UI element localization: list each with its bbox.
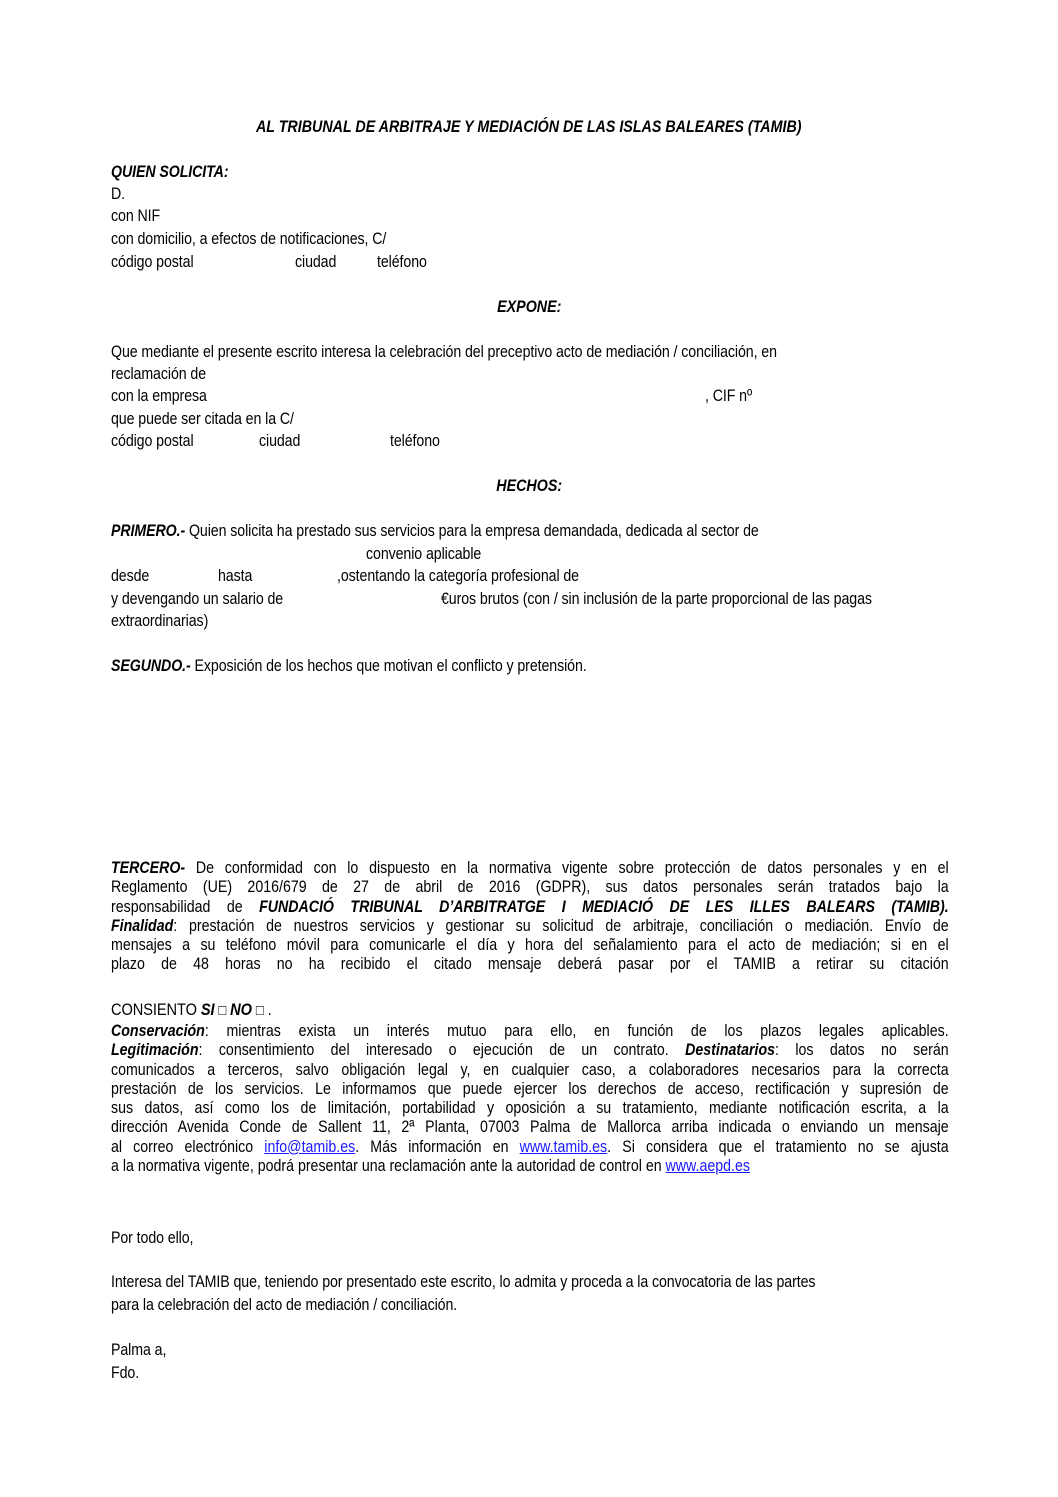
salario-label: y devengando un salario de [111, 589, 283, 609]
tercero-paragraph: TERCERO- De conformidad con lo dispuesto… [111, 859, 949, 975]
destinatarios-label: Destinatarios [685, 1041, 775, 1059]
proteccion-line: al correo electrónico info@tamib.es. Más… [111, 1138, 949, 1157]
hasta-label: hasta [218, 566, 252, 586]
segundo-label: SEGUNDO.- [111, 657, 191, 675]
aepd-link[interactable]: www.aepd.es [666, 1157, 750, 1175]
primero-paragraph-line-1: PRIMERO.- Quien solicita ha prestado sus… [111, 521, 759, 541]
tercero-line: TERCERO- De conformidad con lo dispuesto… [111, 859, 949, 878]
segundo-paragraph: SEGUNDO.- Exposición de los hechos que m… [111, 656, 587, 676]
primero-text: Quien solicita ha prestado sus servicios… [185, 522, 759, 540]
proteccion-datos-paragraph: Conservación: mientras exista un interés… [111, 1022, 949, 1176]
proteccion-line: comunicados a terceros, salvo obligación… [111, 1061, 949, 1080]
empresa-label: con la empresa [111, 386, 207, 406]
expone-line-2: reclamación de [111, 364, 206, 384]
tercero-line: responsabilidad de FUNDACIÓ TRIBUNAL D’A… [111, 898, 949, 917]
tamib-web-link[interactable]: www.tamib.es [520, 1138, 608, 1156]
si-label: SI [201, 1000, 215, 1019]
proteccion-line: sus datos, así como los de limitación, p… [111, 1099, 949, 1118]
interesa-line-1: Interesa del TAMIB que, teniendo por pre… [111, 1272, 815, 1292]
expone-line-1: Que mediante el presente escrito interes… [111, 342, 777, 362]
empresa-ciudad-label: ciudad [259, 431, 300, 451]
solicitante-telefono-label: teléfono [377, 252, 427, 272]
legitimacion-label: Legitimación [111, 1041, 199, 1059]
empresa-direccion-label: que puede ser citada en la C/ [111, 409, 294, 429]
finalidad-label: Finalidad [111, 917, 173, 935]
desde-label: desde [111, 566, 149, 586]
tercero-line: plazo de 48 horas no ha recibido el cita… [111, 955, 949, 974]
segundo-text: Exposición de los hechos que motivan el … [191, 657, 587, 675]
email-link[interactable]: info@tamib.es [264, 1138, 355, 1156]
solicitante-codigo-postal-label: código postal [111, 252, 194, 272]
interesa-line-2: para la celebración del acto de mediació… [111, 1295, 457, 1315]
expone-heading: EXPONE: [0, 297, 1058, 317]
empresa-telefono-label: teléfono [390, 431, 440, 451]
consiento-label: CONSIENTO [111, 1000, 201, 1019]
tercero-line: Finalidad: prestación de nuestros servic… [111, 917, 949, 936]
no-label: NO [230, 1000, 252, 1019]
solicitante-domicilio-label: con domicilio, a efectos de notificacion… [111, 229, 386, 249]
tercero-line: Reglamento (UE) 2016/679 de 27 de abril … [111, 878, 949, 897]
extraordinarias-text: extraordinarias) [111, 611, 208, 631]
proteccion-line: prestación de los servicios. Le informam… [111, 1080, 949, 1099]
no-checkbox[interactable]: □ [256, 1002, 264, 1019]
proteccion-line: Legitimación: consentimiento del interes… [111, 1041, 949, 1060]
cif-label: , CIF nº [705, 386, 752, 406]
proteccion-line: Conservación: mientras exista un interés… [111, 1022, 949, 1041]
conservacion-label: Conservación [111, 1022, 205, 1040]
palma-fecha-label: Palma a, [111, 1340, 166, 1360]
document-title: AL TRIBUNAL DE ARBITRAJE Y MEDIACIÓN DE … [0, 117, 1058, 137]
tercero-line: mensajes a su teléfono móvil para comuni… [111, 936, 949, 955]
proteccion-line: dirección Avenida Conde de Sallent 11, 2… [111, 1118, 949, 1137]
empresa-codigo-postal-label: código postal [111, 431, 194, 451]
convenio-label: convenio aplicable [366, 544, 481, 564]
fundacio-name: FUNDACIÓ TRIBUNAL D’ARBITRATGE I MEDIACI… [259, 898, 949, 916]
categoria-label: ,ostentando la categoría profesional de [337, 566, 579, 586]
si-checkbox[interactable]: □ [218, 1002, 226, 1019]
consiento-line: CONSIENTO SI □ NO □ . [111, 1000, 272, 1021]
solicitante-nif-label: con NIF [111, 206, 160, 226]
quien-solicita-heading: QUIEN SOLICITA: [111, 162, 228, 182]
hechos-heading: HECHOS: [0, 476, 1058, 496]
por-todo-ello: Por todo ello, [111, 1228, 193, 1248]
primero-label: PRIMERO.- [111, 522, 185, 540]
solicitante-nombre-label: D. [111, 184, 125, 204]
solicitante-ciudad-label: ciudad [295, 252, 336, 272]
euros-text: €uros brutos (con / sin inclusión de la … [441, 589, 872, 609]
proteccion-line: a la normativa vigente, podrá presentar … [111, 1157, 949, 1176]
tercero-label: TERCERO- [111, 859, 185, 877]
firma-label: Fdo. [111, 1363, 139, 1383]
document-page: AL TRIBUNAL DE ARBITRAJE Y MEDIACIÓN DE … [0, 0, 1058, 1497]
